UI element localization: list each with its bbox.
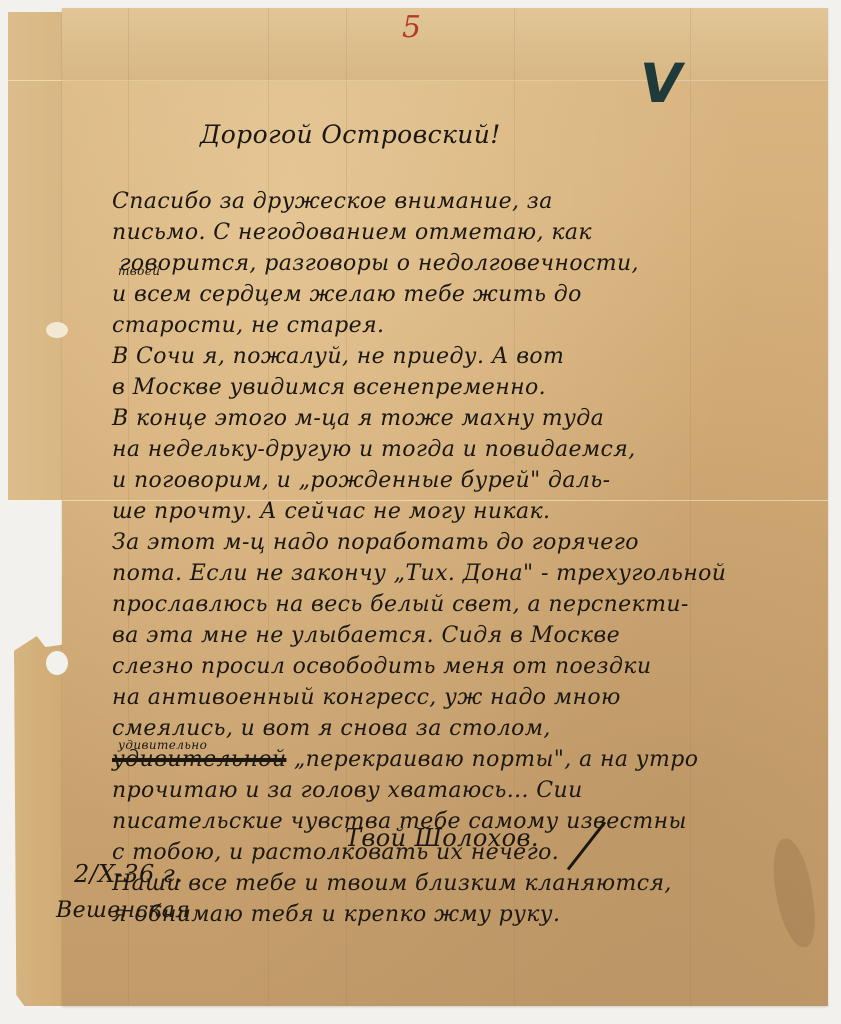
letter-line: твоей говорится, разговоры о недолговечн… (112, 248, 832, 279)
paper-hole (46, 322, 68, 338)
letter-line: письмо. С негодованием отметаю, как (112, 217, 832, 248)
letter-body: Спасибо за дружеское внимание, за письмо… (112, 186, 832, 930)
letter-line: слезно просил освободить меня от поездки (112, 651, 832, 682)
letter-line: ше прочту. А сейчас не могу никак. (112, 496, 832, 527)
letter-line: на антивоенный конгресс, уж надо мною (112, 682, 832, 713)
letter-line: За этот м-ц надо поработать до горячего (112, 527, 832, 558)
letter-line: старости, не старея. (112, 310, 832, 341)
letter-line: на недельку-другую и тогда и повидаемся, (112, 434, 832, 465)
inline-correction: удивительно удивительной (112, 744, 286, 775)
letter-line: прославлюсь на весь белый свет, а перспе… (112, 589, 832, 620)
letter-line: В Сочи я, пожалуй, не приеду. А вот (112, 341, 832, 372)
letter-line-text: „перекраиваю порты", а на утро (294, 747, 699, 772)
paper-fold-crease (8, 80, 828, 81)
letter-line: Спасибо за дружеское внимание, за (112, 186, 832, 217)
letter-line: и всем сердцем желаю тебе жить до (112, 279, 832, 310)
letter-line: В конце этого м-ца я тоже махну туда (112, 403, 832, 434)
letter-line: прочитаю и за голову хватаюсь... Сии (112, 775, 832, 806)
salutation: Дорогой Островский! (200, 120, 501, 149)
paper-top-fold (62, 8, 828, 81)
letter-line: пота. Если не закончу „Тих. Дона" - трех… (112, 558, 832, 589)
page-number: 5 (402, 10, 421, 45)
scan-background: 5 V Дорогой Островский! Спасибо за друже… (0, 0, 841, 1024)
letter-line: я обнимаю тебя и крепко жму руку. (112, 899, 832, 930)
letter-line: ва эта мне не улыбается. Сидя в Москве (112, 620, 832, 651)
letter-line: в Москве увидимся всенепременно. (112, 372, 832, 403)
signature: Твой Шолохов. (345, 824, 539, 852)
paper-hole (46, 651, 68, 675)
letter-line-text: говорится, разговоры о недолговечности, (119, 251, 639, 276)
paper-left-fold-top (8, 12, 67, 500)
letter-line: Наши все тебе и твоим близким кланяются, (112, 868, 832, 899)
letter-line: смеялись, и вот я снова за столом, (112, 713, 832, 744)
letter-place: Вешенская (56, 898, 190, 923)
correction-above: удивительно (118, 730, 207, 761)
letter-line: и поговорим, и „рожденные бурей" даль- (112, 465, 832, 496)
correction-above: твоей (118, 256, 160, 287)
letter-line: удивительно удивительной „перекраиваю по… (112, 744, 832, 775)
letter-date: 2/X-36 г. (74, 860, 183, 888)
